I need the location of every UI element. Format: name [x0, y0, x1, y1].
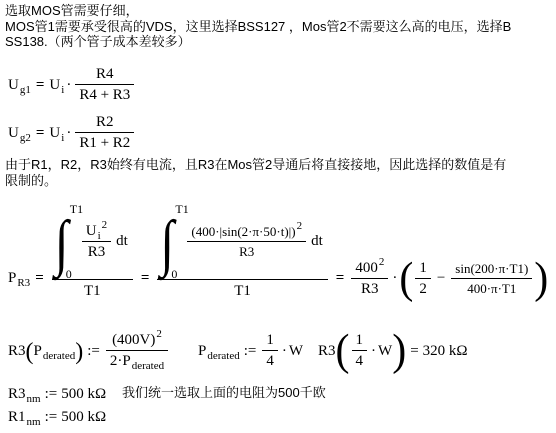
ug2-rhs-base: U [49, 125, 60, 141]
pderated-lhs: Pderated [198, 343, 240, 360]
pr3-inner-fraction-1: Ui2 R3 [82, 223, 111, 261]
r3fn-denominator: 2·Pderated [106, 350, 168, 370]
intro-line-2: MOS管1需要承受很高的VDS，这里选择BSS127 ，Mos管2不需要这么高的… [5, 19, 511, 35]
ug2-fraction-numerator: R2 [92, 114, 118, 132]
integral-sign-2: ∫ T1 0 [162, 206, 182, 278]
arg-subscript: derated [43, 350, 75, 362]
ug2-rhs-var: Ui [49, 125, 64, 142]
inner1-subscript: i [98, 230, 101, 242]
ug2-multiply-dot: · [64, 125, 73, 142]
ug1-lhs-base: U [8, 77, 19, 93]
formula-ug2: Ug2 = Ui · R2 R1 + R2 [8, 111, 136, 155]
left-paren: ( [399, 256, 413, 300]
arg-base: P [34, 343, 42, 359]
outer-den-1-label: T1 [84, 283, 101, 300]
r3fn-assign-operator: := [83, 343, 104, 360]
pderated-multiply-dot: · [280, 343, 289, 360]
sin-numerator: sin(200·π·T1) [451, 261, 532, 278]
inner1-superscript: 2 [102, 219, 108, 231]
pr3-integral-1: ∫ T1 0 Ui2 R3 dt [52, 205, 133, 279]
sin-fraction: sin(200·π·T1) 400·π·T1 [451, 261, 532, 297]
intro-paragraph: 选取MOS管需要仔细， MOS管1需要承受很高的VDS，这里选择BSS127 ，… [5, 3, 511, 50]
pr3-equals-3: = [331, 270, 350, 287]
r1nm-lhs: R1nm [8, 409, 41, 426]
r3eval-multiply-dot: · [369, 343, 378, 360]
ug1-rhs-base: U [49, 77, 60, 93]
differential-dt-2: dt [311, 233, 323, 250]
coeff-numerator: 4002 [351, 260, 388, 278]
pr3-equals-2: = [136, 270, 155, 287]
pr3-inner-fraction-2: (400·|sin(2·π·50·t)|)2 R3 [187, 224, 306, 260]
pderated-subscript: derated [207, 350, 239, 362]
r3eval-numerator: 1 [352, 332, 368, 350]
left-paren: ( [336, 329, 350, 373]
r3fn-den-subscript: derated [132, 360, 164, 372]
r3nm-value: 500 kΩ [61, 386, 106, 403]
formula-pderated: Pderated := 1 4 · W [198, 333, 303, 369]
ug2-lhs-subscript: g2 [20, 132, 31, 144]
formula-r3-function: R3 ( Pderated ) := (400V)2 2·Pderated [8, 325, 170, 377]
integral-symbol: ∫ [55, 210, 69, 273]
formula-ug1: Ug1 = Ui · R4 R4 + R3 [8, 63, 136, 107]
ug2-fraction: R2 R1 + R2 [75, 114, 134, 152]
inner2-numerator: (400·|sin(2·π·50·t)|)2 [187, 224, 306, 241]
sin-denominator: 400·π·T1 [451, 278, 532, 297]
r3fn-den-base: 2·P [110, 353, 131, 369]
r3fn-numerator: (400V)2 [108, 332, 166, 350]
formula-r3nm: R3nm := 500 kΩ [8, 384, 106, 404]
ug2-lhs-base: U [8, 125, 19, 141]
right-paren: ) [75, 340, 83, 364]
pderated-fraction: 1 4 [262, 332, 278, 370]
formula-r3-evaluation: R3 ( 1 4 · W ) = 320 kΩ [318, 330, 468, 372]
intro-line-1: 选取MOS管需要仔细， [5, 3, 511, 19]
pr3-closed-form: 4002 R3 · ( 1 2 − sin(200·π·T1) 400·π·T1… [349, 258, 548, 300]
integral-symbol: ∫ [160, 210, 174, 273]
ug1-lhs-subscript: g1 [20, 84, 31, 96]
resistor-note: 我们统一选取上面的电阻为500千欧 [122, 385, 326, 401]
r1nm-subscript: nm [27, 416, 41, 428]
ug2-lhs: Ug2 [8, 125, 31, 142]
pr3-lhs: PR3 [8, 270, 30, 287]
ug2-fraction-denominator: R1 + R2 [75, 132, 134, 152]
ug1-multiply-dot: · [64, 77, 73, 94]
ug1-fraction: R4 R4 + R3 [75, 66, 134, 104]
r3nm-lhs: R3nm [8, 386, 41, 403]
ug2-rhs-subscript: i [61, 132, 64, 144]
half-numerator: 1 [415, 260, 431, 278]
pderated-denominator: 4 [262, 350, 278, 370]
pr3-lhs-base: P [8, 270, 16, 286]
integral-sign-1: ∫ T1 0 [57, 206, 77, 278]
integral-lower-limit: 0 [171, 267, 177, 282]
r3eval-equals: = [406, 343, 422, 360]
integral-upper-limit: T1 [70, 202, 83, 217]
r3eval-denominator: 4 [352, 350, 368, 370]
minus-sign: − [433, 270, 449, 287]
r3eval-result: 320 kΩ [423, 343, 468, 360]
pderated-numerator: 1 [262, 332, 278, 350]
inner2-expression: (400·|sin(2·π·50·t)|) [191, 224, 295, 239]
r3nm-base: R3 [8, 386, 26, 402]
ug1-equals: = [31, 77, 50, 94]
ug2-equals: = [31, 125, 50, 142]
coeff-superscript: 2 [379, 256, 385, 268]
ug1-rhs-subscript: i [61, 84, 64, 96]
ug1-lhs: Ug1 [8, 77, 31, 94]
pderated-assign-operator: := [240, 343, 261, 360]
pderated-base: P [198, 343, 206, 359]
pr3-integral-fraction-2: ∫ T1 0 (400·|sin(2·π·50·t)|)2 R3 dt T1 [157, 205, 327, 353]
formula-r1nm: R1nm := 500 kΩ [8, 407, 106, 427]
r3nm-subscript: nm [27, 393, 41, 405]
r3fn-name: R3 [8, 343, 26, 360]
constraint-paragraph: 由于R1，R2，R3始终有电流，且R3在Mos管2导通后将直接接地，因此选择的数… [5, 157, 506, 188]
half-denominator: 2 [415, 278, 431, 298]
r1nm-value: 500 kΩ [61, 409, 106, 426]
ug1-fraction-numerator: R4 [92, 66, 118, 84]
closed-coeff-fraction: 4002 R3 [351, 260, 388, 298]
coeff-base: 400 [355, 260, 378, 276]
ug1-fraction-denominator: R4 + R3 [75, 84, 134, 104]
outer-den-2-label: T1 [234, 283, 251, 300]
ug1-rhs-var: Ui [49, 77, 64, 94]
right-paren: ) [534, 256, 548, 300]
r3nm-assign-operator: := [41, 386, 62, 403]
left-paren: ( [26, 340, 34, 364]
coeff-denominator: R3 [351, 278, 388, 298]
inner1-denominator: R3 [82, 241, 111, 261]
r3fn-argument: Pderated [34, 343, 76, 360]
pr3-integral-2: ∫ T1 0 (400·|sin(2·π·50·t)|)2 R3 dt [157, 205, 327, 279]
integral-upper-limit: T1 [175, 202, 188, 217]
differential-dt-1: dt [116, 233, 128, 250]
pr3-equals-1: = [30, 270, 49, 287]
inner2-superscript: 2 [297, 220, 303, 232]
r3eval-name: R3 [318, 343, 336, 360]
right-paren: ) [392, 329, 406, 373]
constraint-line-1: 由于R1，R2，R3始终有电流，且R3在Mos管2导通后将直接接地，因此选择的数… [5, 157, 506, 173]
integral-lower-limit: 0 [66, 267, 72, 282]
closed-multiply-dot: · [390, 270, 399, 287]
r3fn-num-base: (400V) [112, 332, 155, 348]
half-fraction: 1 2 [415, 260, 431, 298]
inner2-denominator: R3 [187, 241, 306, 260]
pderated-unit: W [289, 343, 303, 360]
inner1-base: U [86, 223, 97, 239]
r3fn-num-superscript: 2 [156, 328, 162, 340]
constraint-line-2: 限制的。 [5, 173, 506, 189]
pr3-lhs-subscript: R3 [17, 277, 30, 289]
mathcad-worksheet: 选取MOS管需要仔细， MOS管1需要承受很高的VDS，这里选择BSS127 ，… [0, 0, 556, 433]
r3eval-unit: W [378, 343, 392, 360]
r1nm-assign-operator: := [41, 409, 62, 426]
inner1-numerator: Ui2 [82, 223, 111, 241]
intro-line-3: SS138.（两个管子成本差较多） [5, 34, 511, 50]
r1nm-base: R1 [8, 409, 26, 425]
r3eval-fraction: 1 4 [352, 332, 368, 370]
r3fn-fraction: (400V)2 2·Pderated [106, 332, 168, 370]
